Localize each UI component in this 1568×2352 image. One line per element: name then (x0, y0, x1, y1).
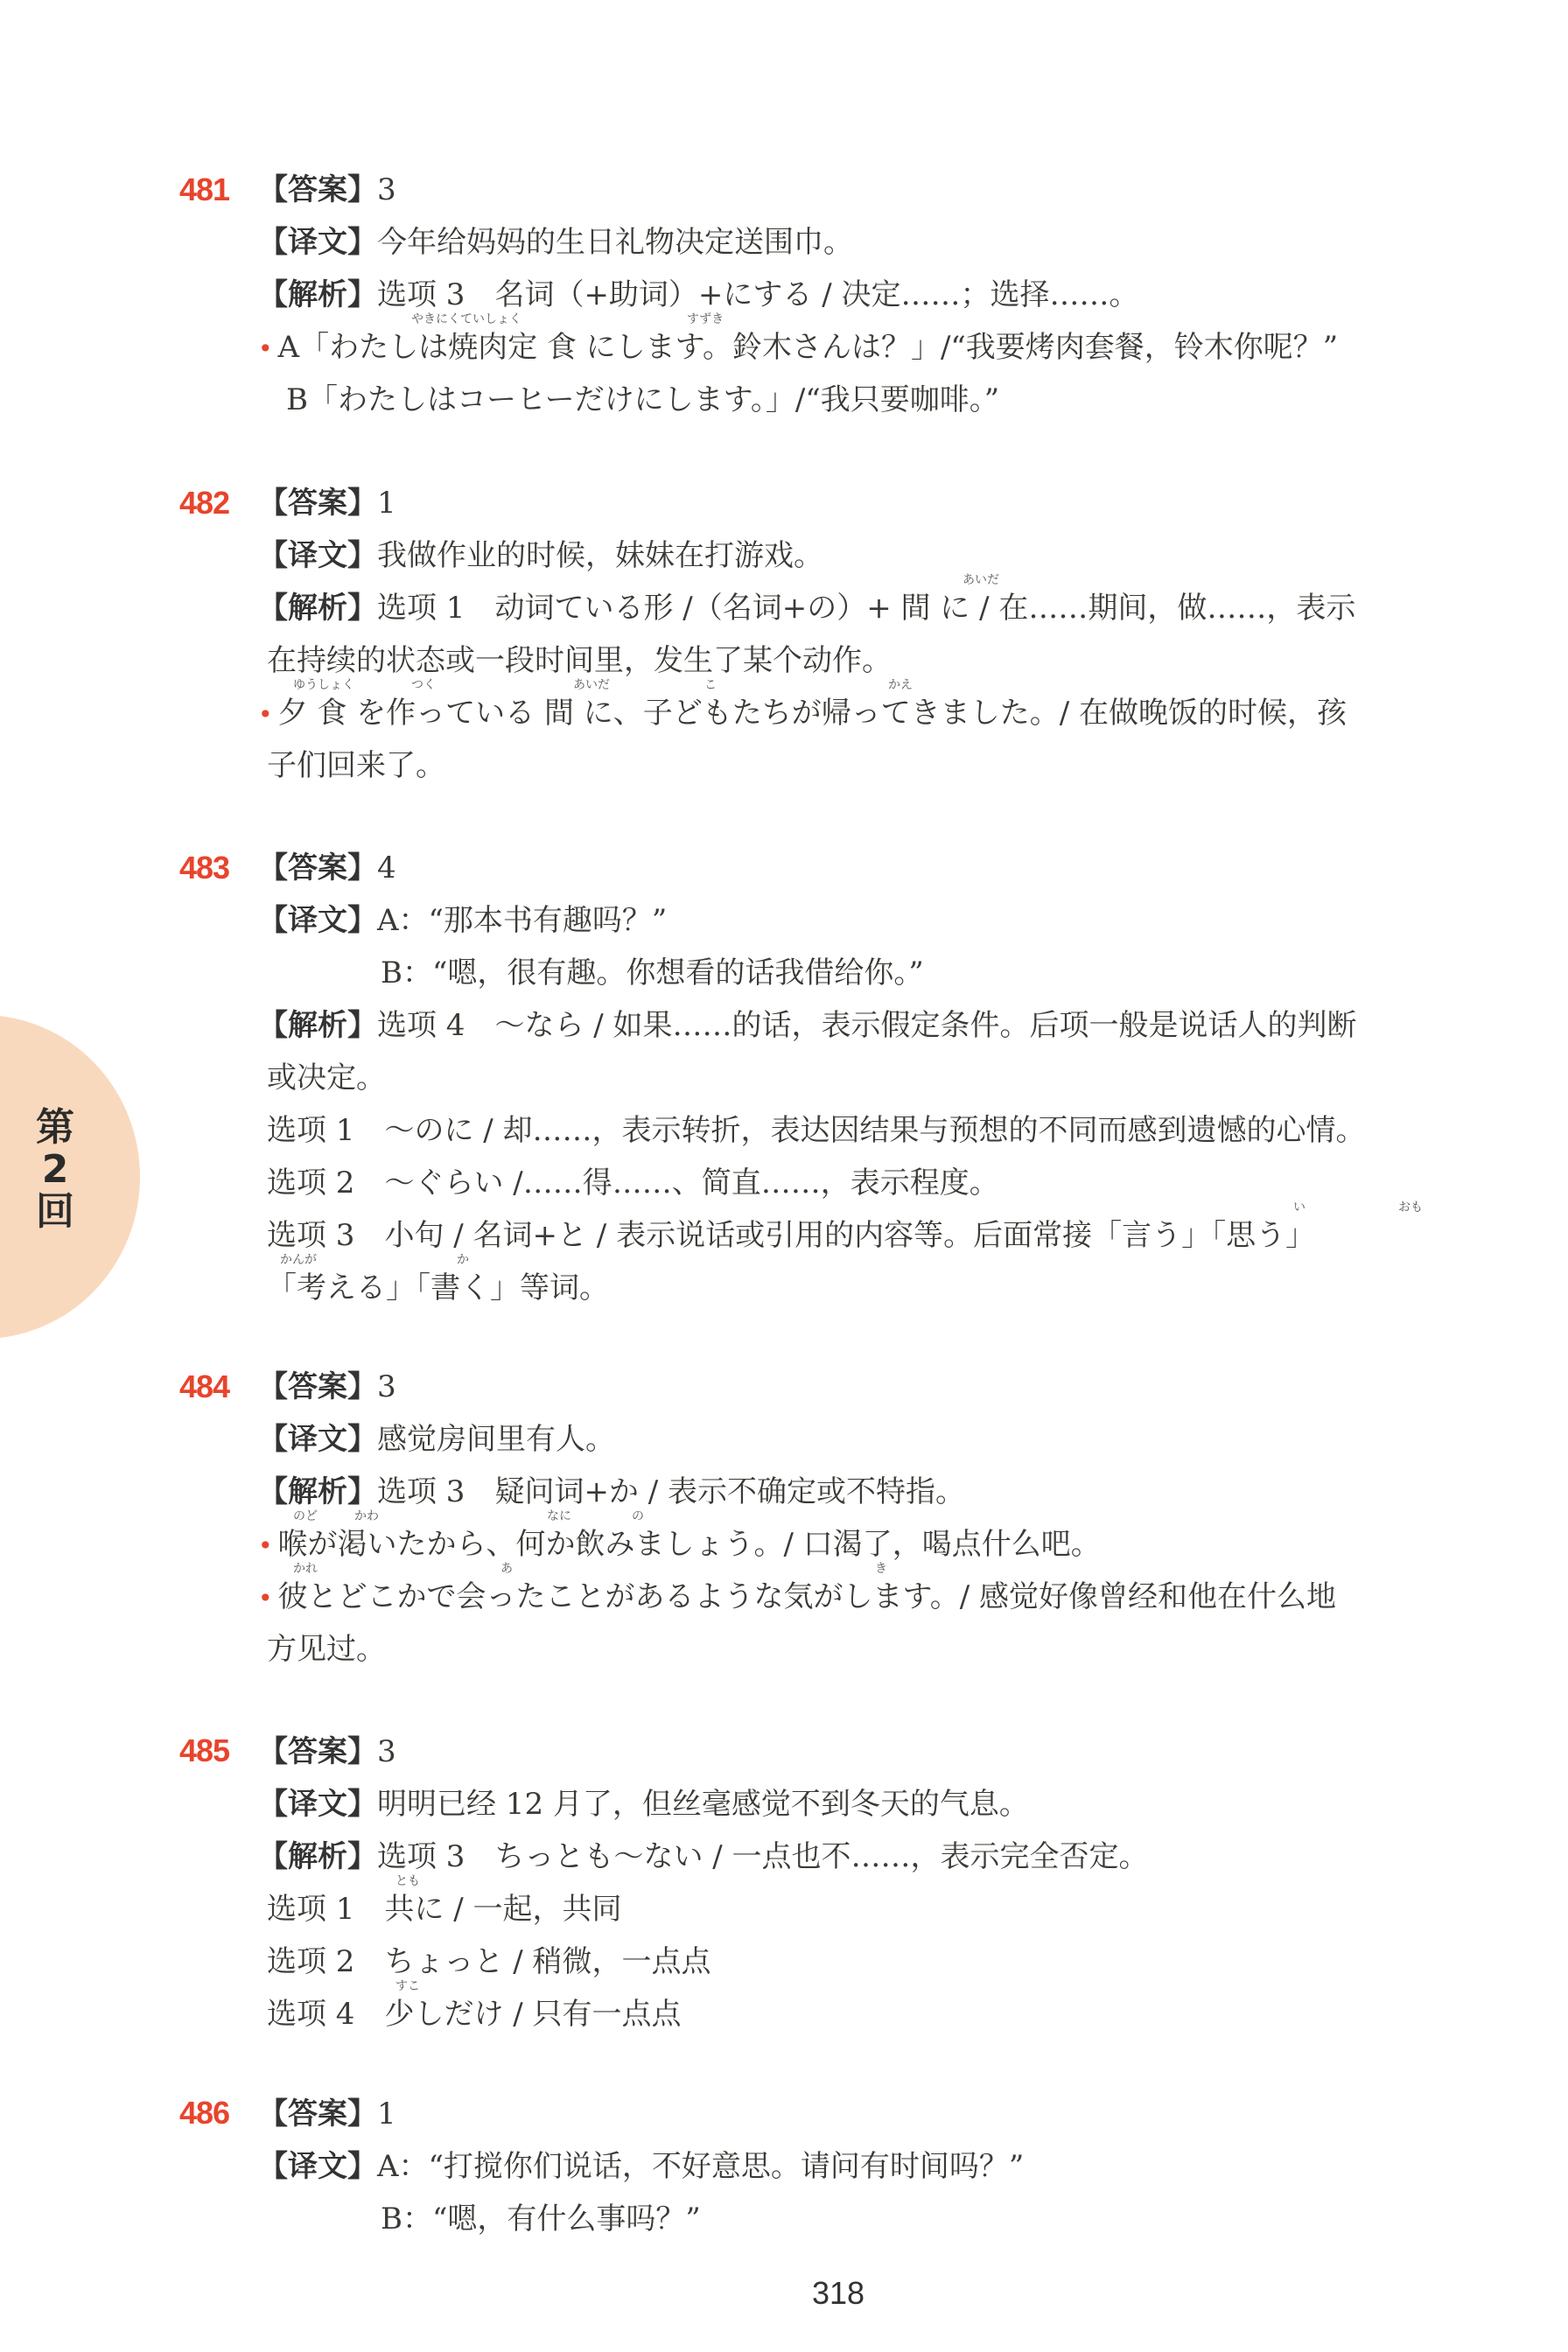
answer-line: 【答案】1 (258, 2088, 396, 2140)
bullet-icon: • (258, 1531, 273, 1560)
analysis-label: 【解析】 (258, 591, 377, 626)
analysis-continuation: 或决定。 (267, 1052, 386, 1104)
translation-line: 【译文】A：“那本书有趣吗？” (258, 894, 667, 947)
translation-text: 明明已经 12 月了，但丝毫感觉不到冬天的气息。 (377, 1787, 1029, 1822)
bullet-icon: • (258, 700, 273, 729)
answer-label: 【答案】 (258, 172, 377, 207)
option-line: 选项 1 共に / 一起，共同 (267, 1883, 622, 1935)
answer-line: 【答案】3 (258, 1361, 396, 1413)
bullet-icon: • (258, 334, 273, 363)
translation-label: 【译文】 (258, 1787, 377, 1822)
example-line: •夕 食 を作っている 間 に、子どもたちが帰ってきました。/ 在做晚饭的时候，… (258, 687, 1347, 739)
example-continuation: 子们回来了。 (267, 739, 445, 792)
answer-label: 【答案】 (258, 1369, 377, 1404)
translation-dialog-b: B：“嗯，有什么事吗？” (381, 2193, 701, 2245)
answer-value: 3 (377, 1369, 396, 1404)
answer-value: 3 (377, 172, 396, 207)
answer-label: 【答案】 (258, 1734, 377, 1769)
example-continuation: 方见过。 (267, 1623, 386, 1676)
translation-text: 今年给妈妈的生日礼物决定送围巾。 (377, 225, 853, 260)
option-line: 选项 2 ～ぐらい /……得……、简直……，表示程度。 (267, 1157, 999, 1209)
answer-line: 【答案】3 (258, 164, 396, 216)
bullet-icon: • (258, 1584, 273, 1613)
analysis-line: 【解析】选项 3 ちっとも～ない / 一点也不……，表示完全否定。 (258, 1830, 1149, 1883)
answer-label: 【答案】 (258, 486, 377, 521)
example-text: B「わたしはコーヒーだけにします。」/“我只要咖啡。” (286, 382, 999, 417)
analysis-text: 选项 4 ～なら / 如果……的话，表示假定条件。后项一般是说话人的判断 (377, 1008, 1357, 1043)
answer-line: 【答案】3 (258, 1725, 396, 1778)
translation-line: 【译文】A：“打搅你们说话，不好意思。请问有时间吗？” (258, 2140, 1024, 2193)
translation-line: 【译文】今年给妈妈的生日礼物决定送围巾。 (258, 216, 853, 269)
translation-dialog-a: A：“那本书有趣吗？” (377, 903, 667, 938)
option-line: 选项 4 少しだけ / 只有一点点 (267, 1988, 682, 2040)
translation-label: 【译文】 (258, 2149, 377, 2184)
example-text: 彼とどこかで会ったことがあるような気がします。/ 感觉好像曾经和他在什么地 (278, 1579, 1337, 1614)
analysis-label: 【解析】 (258, 1008, 377, 1043)
page-number: 318 (812, 2275, 864, 2312)
translation-text: 我做作业的时候，妹妹在打游戏。 (377, 538, 823, 573)
translation-dialog-a: A：“打搅你们说话，不好意思。请问有时间吗？” (377, 2149, 1024, 2184)
answer-value: 1 (377, 486, 396, 521)
translation-text: 感觉房间里有人。 (377, 1422, 615, 1457)
translation-line: 【译文】明明已经 12 月了，但丝毫感觉不到冬天的气息。 (258, 1778, 1029, 1830)
analysis-label: 【解析】 (258, 1474, 377, 1509)
analysis-line: 【解析】选项 1 动词ている形 /（名词+の）+ 間 に / 在……期间，做……… (258, 582, 1355, 634)
analysis-text: 选项 3 疑问词+か / 表示不确定或不特指。 (377, 1474, 965, 1509)
answer-line: 【答案】4 (258, 842, 396, 894)
example-line: •A「わたしは焼肉定 食 にします。鈴木さんは？」/“我要烤肉套餐，铃木你呢？” (258, 321, 1338, 374)
option-continuation: 「考える」「書く」等词。 (267, 1262, 609, 1314)
example-line: B「わたしはコーヒーだけにします。」/“我只要咖啡。” (286, 374, 999, 426)
answer-value: 4 (377, 850, 396, 885)
analysis-label: 【解析】 (258, 277, 377, 312)
question-number: 482 (179, 485, 249, 521)
example-line: •喉が渇いたから、何か飲みましょう。/ 口渴了，喝点什么吧。 (258, 1518, 1101, 1571)
question-number: 483 (179, 850, 249, 886)
example-text: A「わたしは焼肉定 食 にします。鈴木さんは？」/“我要烤肉套餐，铃木你呢？” (278, 330, 1339, 365)
answer-line: 【答案】1 (258, 477, 396, 529)
question-number: 481 (179, 171, 249, 208)
chapter-tab-char: 第 (33, 1107, 77, 1149)
translation-line: 【译文】感觉房间里有人。 (258, 1413, 615, 1466)
question-number: 485 (179, 1732, 249, 1769)
option-line: 选项 2 ちょっと / 稍微，一点点 (267, 1935, 711, 1988)
analysis-text: 选项 1 动词ている形 /（名词+の）+ 間 に / 在……期间，做……，表示 (377, 591, 1355, 626)
translation-label: 【译文】 (258, 903, 377, 938)
translation-label: 【译文】 (258, 538, 377, 573)
example-text: 夕 食 を作っている 間 に、子どもたちが帰ってきました。/ 在做晚饭的时候，孩 (278, 696, 1347, 731)
translation-label: 【译文】 (258, 1422, 377, 1457)
chapter-tab-char: 2 (33, 1149, 77, 1191)
translation-dialog-b: B：“嗯，很有趣。你想看的话我借给你。” (381, 947, 924, 999)
translation-line: 【译文】我做作业的时候，妹妹在打游戏。 (258, 529, 823, 582)
example-line: •彼とどこかで会ったことがあるような気がします。/ 感觉好像曾经和他在什么地 (258, 1571, 1336, 1623)
answer-label: 【答案】 (258, 850, 377, 885)
option-line: 选项 3 小句 / 名词+と / 表示说话或引用的内容等。后面常接「言う」「思う… (267, 1209, 1315, 1262)
analysis-text: 选项 3 ちっとも～ない / 一点也不……，表示完全否定。 (377, 1839, 1149, 1874)
chapter-tab-char: 回 (33, 1191, 77, 1233)
analysis-line: 【解析】选项 4 ～なら / 如果……的话，表示假定条件。后项一般是说话人的判断 (258, 999, 1357, 1052)
analysis-text: 选项 3 名词（+助词）+にする / 决定……；选择……。 (377, 277, 1139, 312)
answer-value: 3 (377, 1734, 396, 1769)
option-line: 选项 1 ～のに / 却……，表示转折，表达因结果与预想的不同而感到遗憾的心情。 (267, 1104, 1366, 1157)
translation-label: 【译文】 (258, 225, 377, 260)
analysis-label: 【解析】 (258, 1839, 377, 1874)
chapter-tab-label: 第 2 回 (33, 1107, 77, 1233)
furigana: おも (1398, 1199, 1423, 1216)
answer-value: 1 (377, 2096, 396, 2131)
example-text: 喉が渇いたから、何か飲みましょう。/ 口渴了，喝点什么吧。 (278, 1527, 1101, 1562)
answer-label: 【答案】 (258, 2096, 377, 2131)
question-number: 484 (179, 1368, 249, 1405)
question-number: 486 (179, 2095, 249, 2131)
